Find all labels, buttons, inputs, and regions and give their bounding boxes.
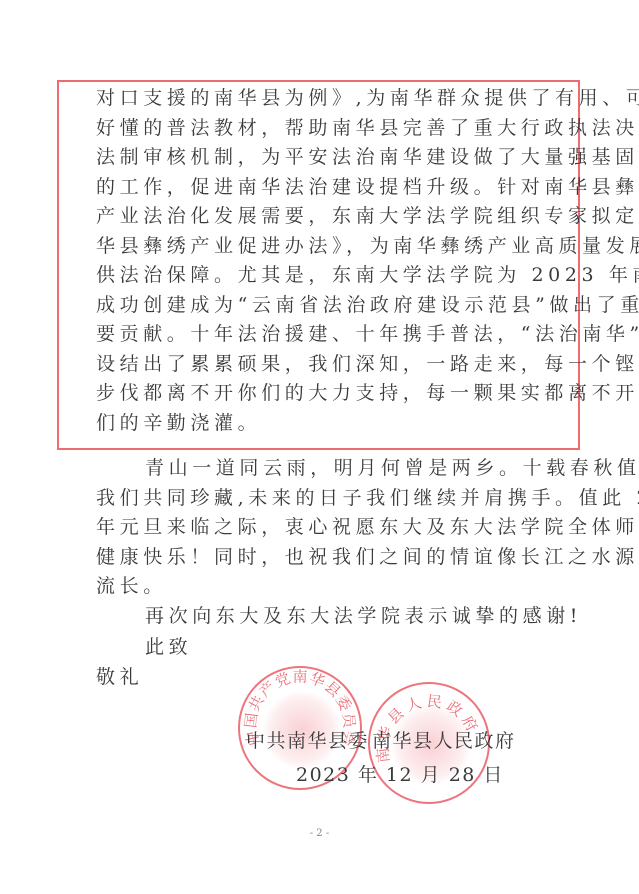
paragraph-line: 的工作，促进南华法治建设提档升级。针对南华县彝绣 — [96, 174, 540, 200]
document-page: 对口支援的南华县为例》,为南华群众提供了有用、可靠、 好懂的普法教材，帮助南华县… — [0, 0, 639, 894]
paragraph-line: 要贡献。十年法治援建、十年携手普法，“法治南华”建 — [96, 321, 540, 347]
signatory-party-committee: 中共南华县委 — [246, 728, 369, 754]
paragraph-line: 我们共同珍藏,未来的日子我们继续并肩携手。值此 2024 — [96, 485, 540, 511]
paragraph-line: 法制审核机制，为平安法治南华建设做了大量强基固本 — [96, 144, 540, 170]
page-number: - 2 - — [0, 828, 639, 839]
paragraph-line: 供法治保障。尤其是，东南大学法学院为 2023 年南华县 — [96, 262, 540, 288]
paragraph-line: 好懂的普法教材，帮助南华县完善了重大行政执法决定 — [96, 115, 540, 141]
paragraph-line: 流长。 — [96, 573, 540, 599]
paragraph-line: 成功创建成为“云南省法治政府建设示范县”做出了重 — [96, 292, 540, 318]
paragraph-line: 步伐都离不开你们的大力支持，每一颗果实都离不开你 — [96, 380, 540, 406]
paragraph-line: 年元旦来临之际，衷心祝愿东大及东大法学院全体师生 — [96, 514, 540, 540]
salutation-ci-zhi: 此致 — [145, 634, 540, 660]
paragraph-line: 设结出了累累硕果，我们深知，一路走来，每一个铿锵 — [96, 351, 540, 377]
paragraph-line: 对口支援的南华县为例》,为南华群众提供了有用、可靠、 — [96, 85, 540, 111]
thanks-line: 再次向东大及东大法学院表示诚挚的感谢! — [145, 603, 540, 629]
paragraph-line: 青山一道同云雨，明月何曾是两乡。十载春秋值得 — [145, 455, 540, 481]
paragraph-line: 健康快乐！同时，也祝我们之间的情谊像长江之水源远 — [96, 544, 540, 570]
document-date: 2023 年 12 月 28 日 — [296, 762, 504, 788]
signatory-government: 南华县人民政府 — [372, 728, 516, 754]
paragraph-line: 们的辛勤浇灌。 — [96, 410, 540, 436]
paragraph-line: 华县彝绣产业促进办法》，为南华彝绣产业高质量发展提 — [96, 233, 540, 259]
paragraph-line: 产业法治化发展需要，东南大学法学院组织专家拟定《南 — [96, 203, 540, 229]
